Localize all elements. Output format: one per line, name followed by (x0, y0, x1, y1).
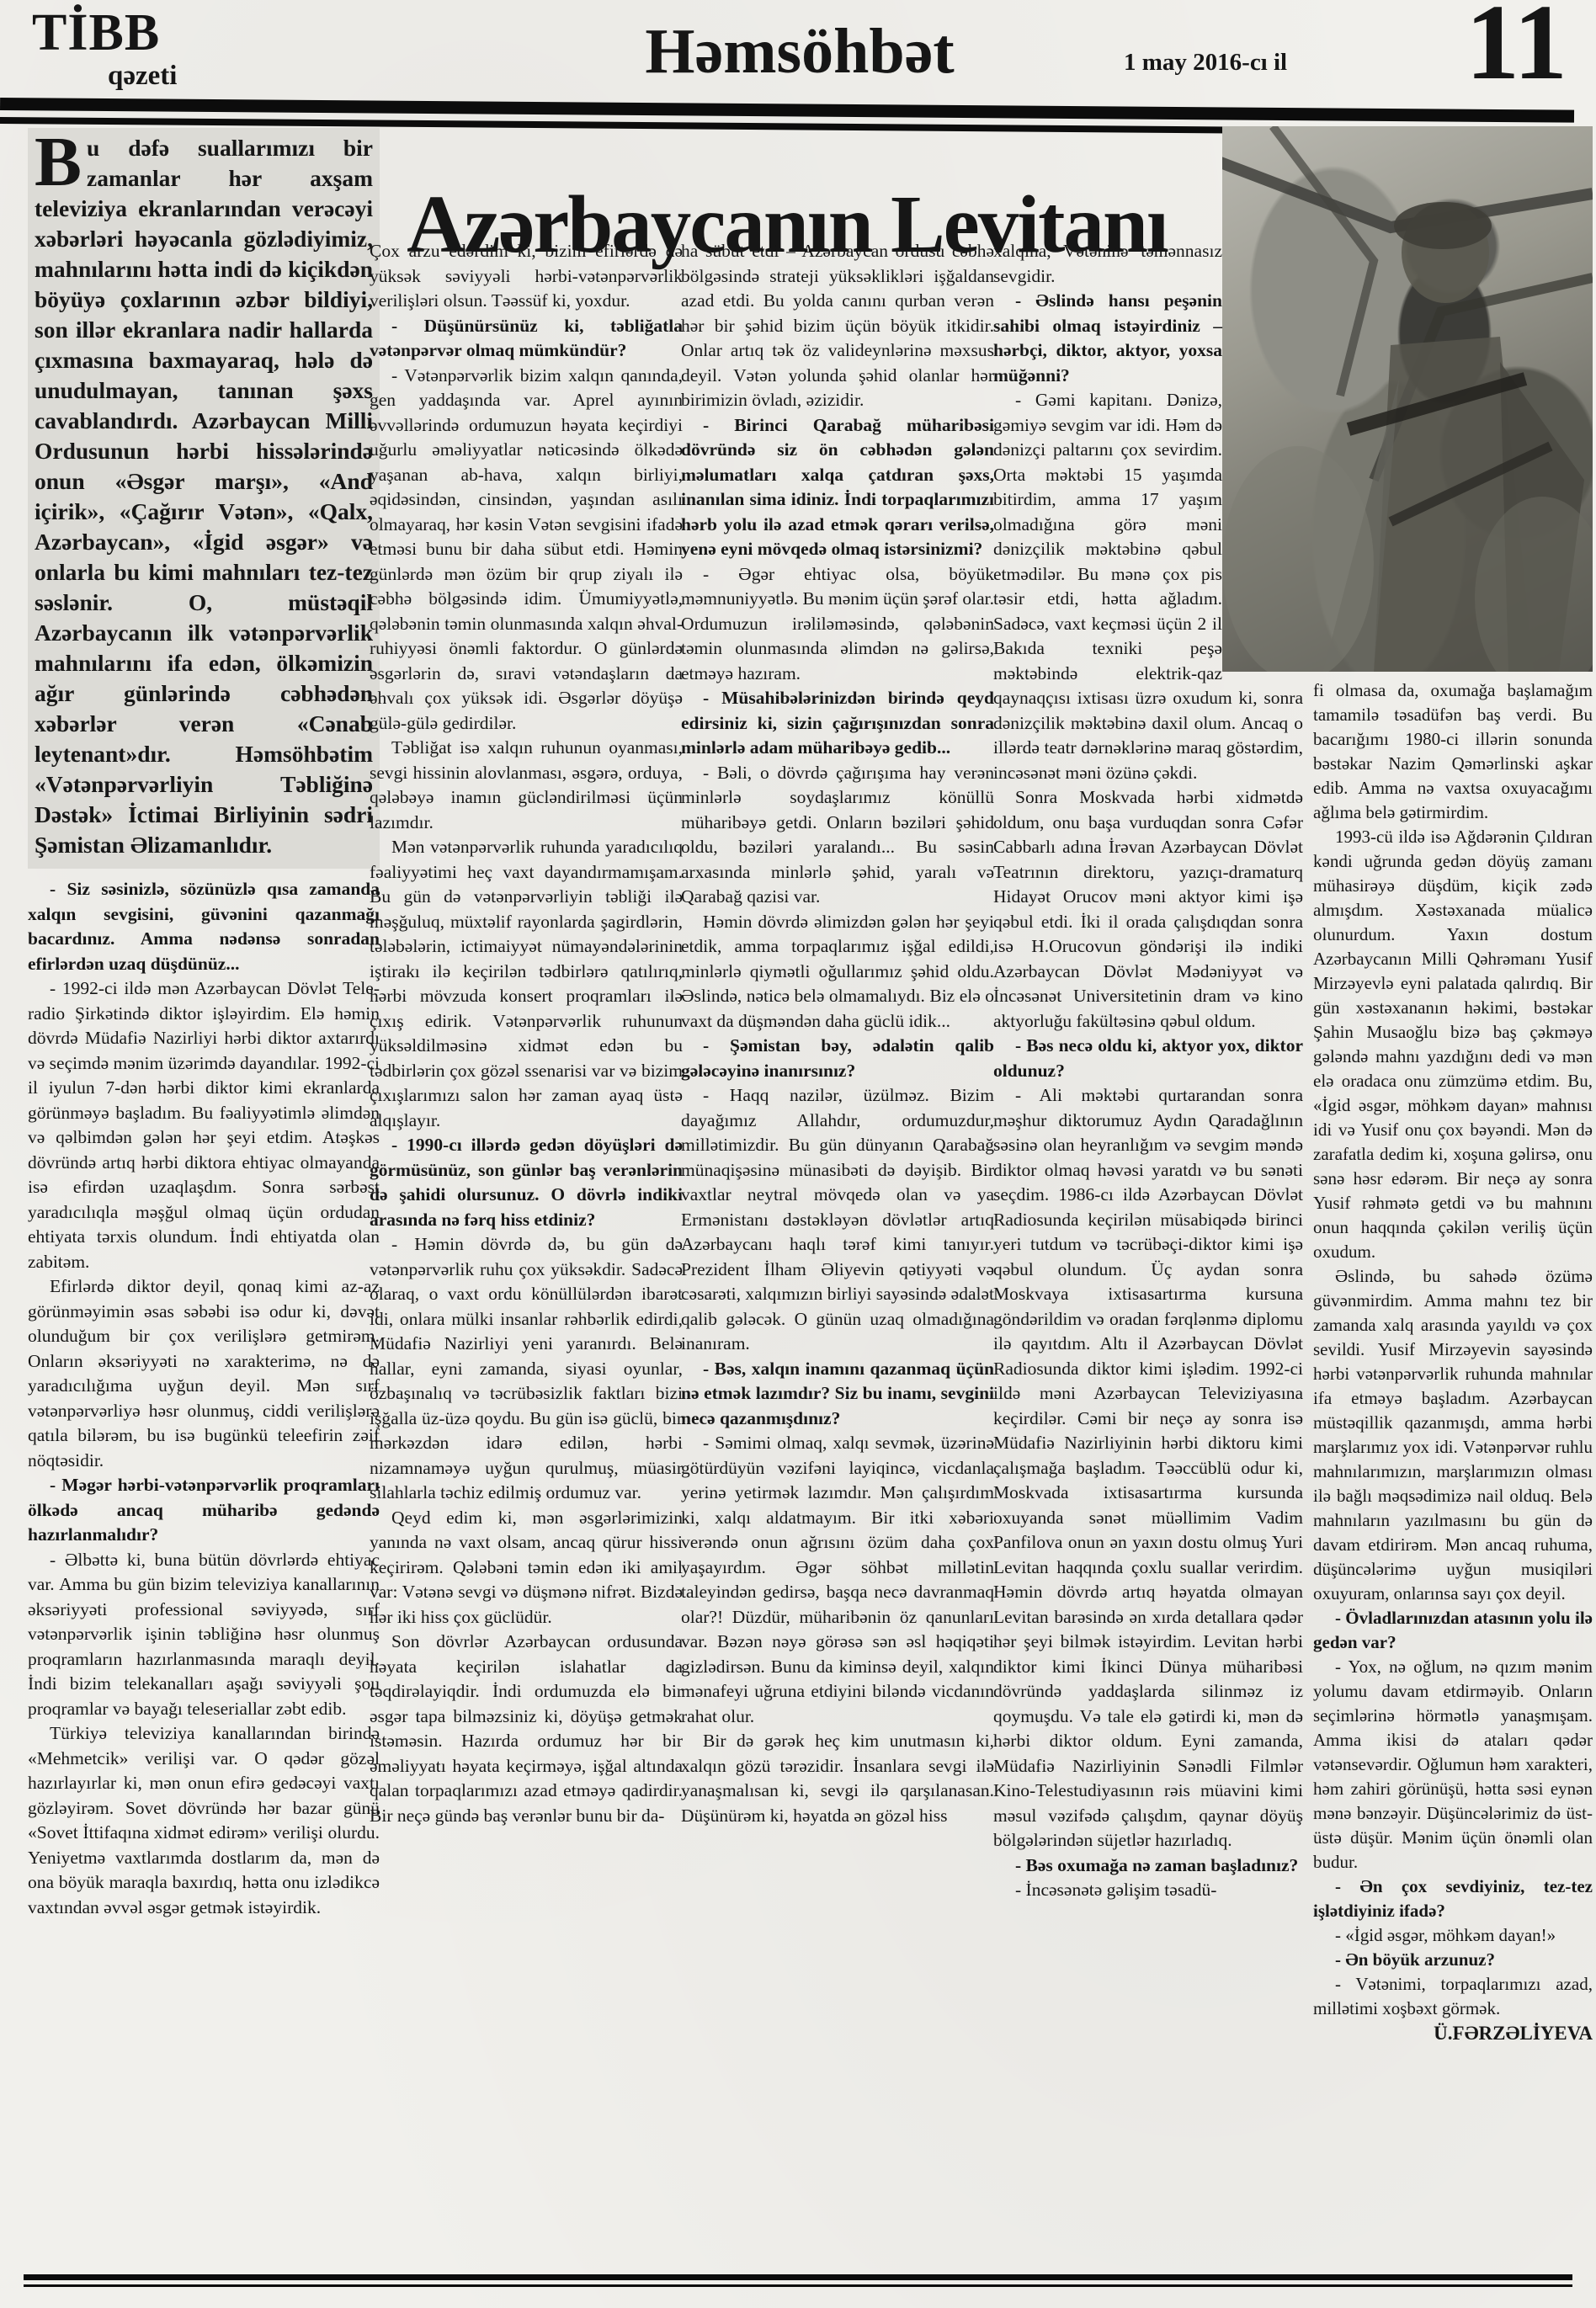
bottom-rules (24, 2274, 1572, 2287)
article-column-1: Bu dəfə suallarımızı bir zamanlar hər ax… (28, 128, 380, 2269)
article-column-2: Çox arzu edərdim ki, bizim efirlərdə də … (370, 239, 683, 2269)
interview-question: - Bəs, xalqın inamını qazanmaq üçün nə e… (681, 1357, 994, 1432)
article-column-3: ha sübut etdi – Azərbaycan ordusu cəbhə … (681, 239, 994, 2269)
article-paragraph: Türkiyə televiziya kanallarından birində… (28, 1721, 380, 1920)
article-paragraph: - Əgər ehtiyac olsa, böyük məmnuniyyətlə… (681, 562, 994, 687)
rule-thin (24, 2284, 1572, 2287)
article-paragraph: Bir də gərək heç kim unutmasın ki, xalqı… (681, 1729, 994, 1828)
article-paragraph: - «İgid əsgər, möhkəm dayan!» (1313, 1923, 1593, 1948)
article-paragraph: - İncəsənətə gəlişim təsadü- (993, 1878, 1303, 1903)
masthead: TİBB qəzeti Həmsöhbət 1 may 2016-cı il 1… (0, 0, 1596, 126)
article-paragraph: Sonra Moskvada hərbi xidmətdə oldum, onu… (993, 785, 1303, 1034)
article-paragraph: Çox arzu edərdim ki, bizim efirlərdə də … (370, 239, 683, 314)
interview-question: - 1990-cı illərdə gedən döyüşləri də gör… (370, 1133, 683, 1232)
section-title: Həmsöhbət (505, 15, 1094, 88)
interview-question: - Bəs oxumağa nə zaman başladınız? (993, 1853, 1303, 1879)
paper-subtitle: qəzeti (108, 61, 177, 92)
article-paragraph: Mən vətənpərvərlik ruhunda yaradıcılıq f… (370, 835, 683, 1133)
interview-question: - Şəmistan bəy, ədalətin qalib gələcəyin… (681, 1034, 994, 1083)
interview-question: - Müsahibələrinizdən birində qeyd edirsi… (681, 686, 994, 761)
issue-date: 1 may 2016-cı il (1124, 49, 1287, 77)
article-paragraph: - Həmin dövrdə də, bu gün də vətənpərvər… (370, 1232, 683, 1506)
article-paragraph: - 1992-ci ildə mən Azərbaycan Dövlət Tel… (28, 976, 380, 1274)
article-paragraph: - Vətənpərvərlik bizim xalqın qanında, g… (370, 364, 683, 737)
interview-question: - Məgər hərbi-vətənpərvərlik proqramları… (28, 1473, 380, 1548)
page-number: 11 (1466, 0, 1567, 96)
article-column-4: xalqına, Vətəninə təmənnasız sevgidir.- … (993, 239, 1303, 2269)
interview-question: - Bəs necə oldu ki, aktyor yox, diktor o… (993, 1034, 1303, 1083)
article-paragraph: Qeyd edim ki, mən əsgərlərimizin yanında… (370, 1506, 683, 1630)
interview-question: - Ən çox sevdiyiniz, tez-tez işlətdiyini… (1313, 1875, 1593, 1923)
rule-thick (24, 2274, 1572, 2280)
article-paragraph: Efirlərdə diktor deyil, qonaq kimi az-az… (28, 1274, 380, 1473)
article-paragraph: - Bəli, o dövrdə çağırışıma hay verən mi… (681, 761, 994, 910)
interview-question: - Siz səsinizlə, sözünüzlə qısa zamanda … (28, 877, 380, 976)
article-paragraph: Son dövrlər Azərbaycan ordusunda həyata … (370, 1630, 683, 1828)
article-paragraph: fi olmasa da, oxumağa başlamağım tamamil… (1313, 678, 1593, 825)
article-paragraph: - Vətənimi, torpaqlarımızı azad, milləti… (1313, 1972, 1593, 2021)
interview-question: - Ən böyük arzunuz? (1313, 1948, 1593, 1972)
article-paragraph: Təbliğat isə xalqın ruhunun oyanması, se… (370, 736, 683, 835)
interview-question: - Düşünürsünüz ki, təbliğatla vətənpərvə… (370, 314, 683, 364)
article-paragraph: Əslində, bu sahədə özümə güvənmirdim. Am… (1313, 1264, 1593, 1606)
article-paragraph: Həmin dövrdə əlimizdən gələn hər şeyi et… (681, 910, 994, 1034)
article-paragraph: - Haqq nazilər, üzülməz. Bizim dayağımız… (681, 1083, 994, 1357)
drop-cap: B (35, 133, 87, 189)
article-lead: Bu dəfə suallarımızı bir zamanlar hər ax… (28, 128, 380, 869)
newspaper-page: TİBB qəzeti Həmsöhbət 1 may 2016-cı il 1… (0, 0, 1596, 2308)
article-paragraph: - Ali məktəbi qurtarandan sonra məşhur d… (993, 1083, 1303, 1853)
paper-title: TİBB (32, 3, 160, 63)
article-paragraph: ha sübut etdi – Azərbaycan ordusu cəbhə … (681, 239, 994, 413)
article-paragraph: - Əlbəttə ki, buna bütün dövrlərdə ehtiy… (28, 1548, 380, 1722)
interview-question: - Övladlarınızdan atasının yolu ilə gedə… (1313, 1606, 1593, 1655)
photo-overlap-spacer (1222, 239, 1303, 680)
article-paragraph: - Yox, nə oğlum, nə qızım mənim yolumu d… (1313, 1655, 1593, 1875)
article-paragraph: 1993-cü ildə isə Ağdərənin Çıldıran kənd… (1313, 825, 1593, 1264)
author-byline: Ü.FƏRZƏLİYEVA (1313, 2021, 1593, 2045)
interview-question: - Birinci Qarabağ müharibəsi dövründə si… (681, 413, 994, 562)
article-paragraph: - Səmimi olmaq, xalqı sevmək, üzərinə gö… (681, 1431, 994, 1729)
article-column-5: fi olmasa da, oxumağa başlamağım tamamil… (1313, 678, 1593, 2269)
